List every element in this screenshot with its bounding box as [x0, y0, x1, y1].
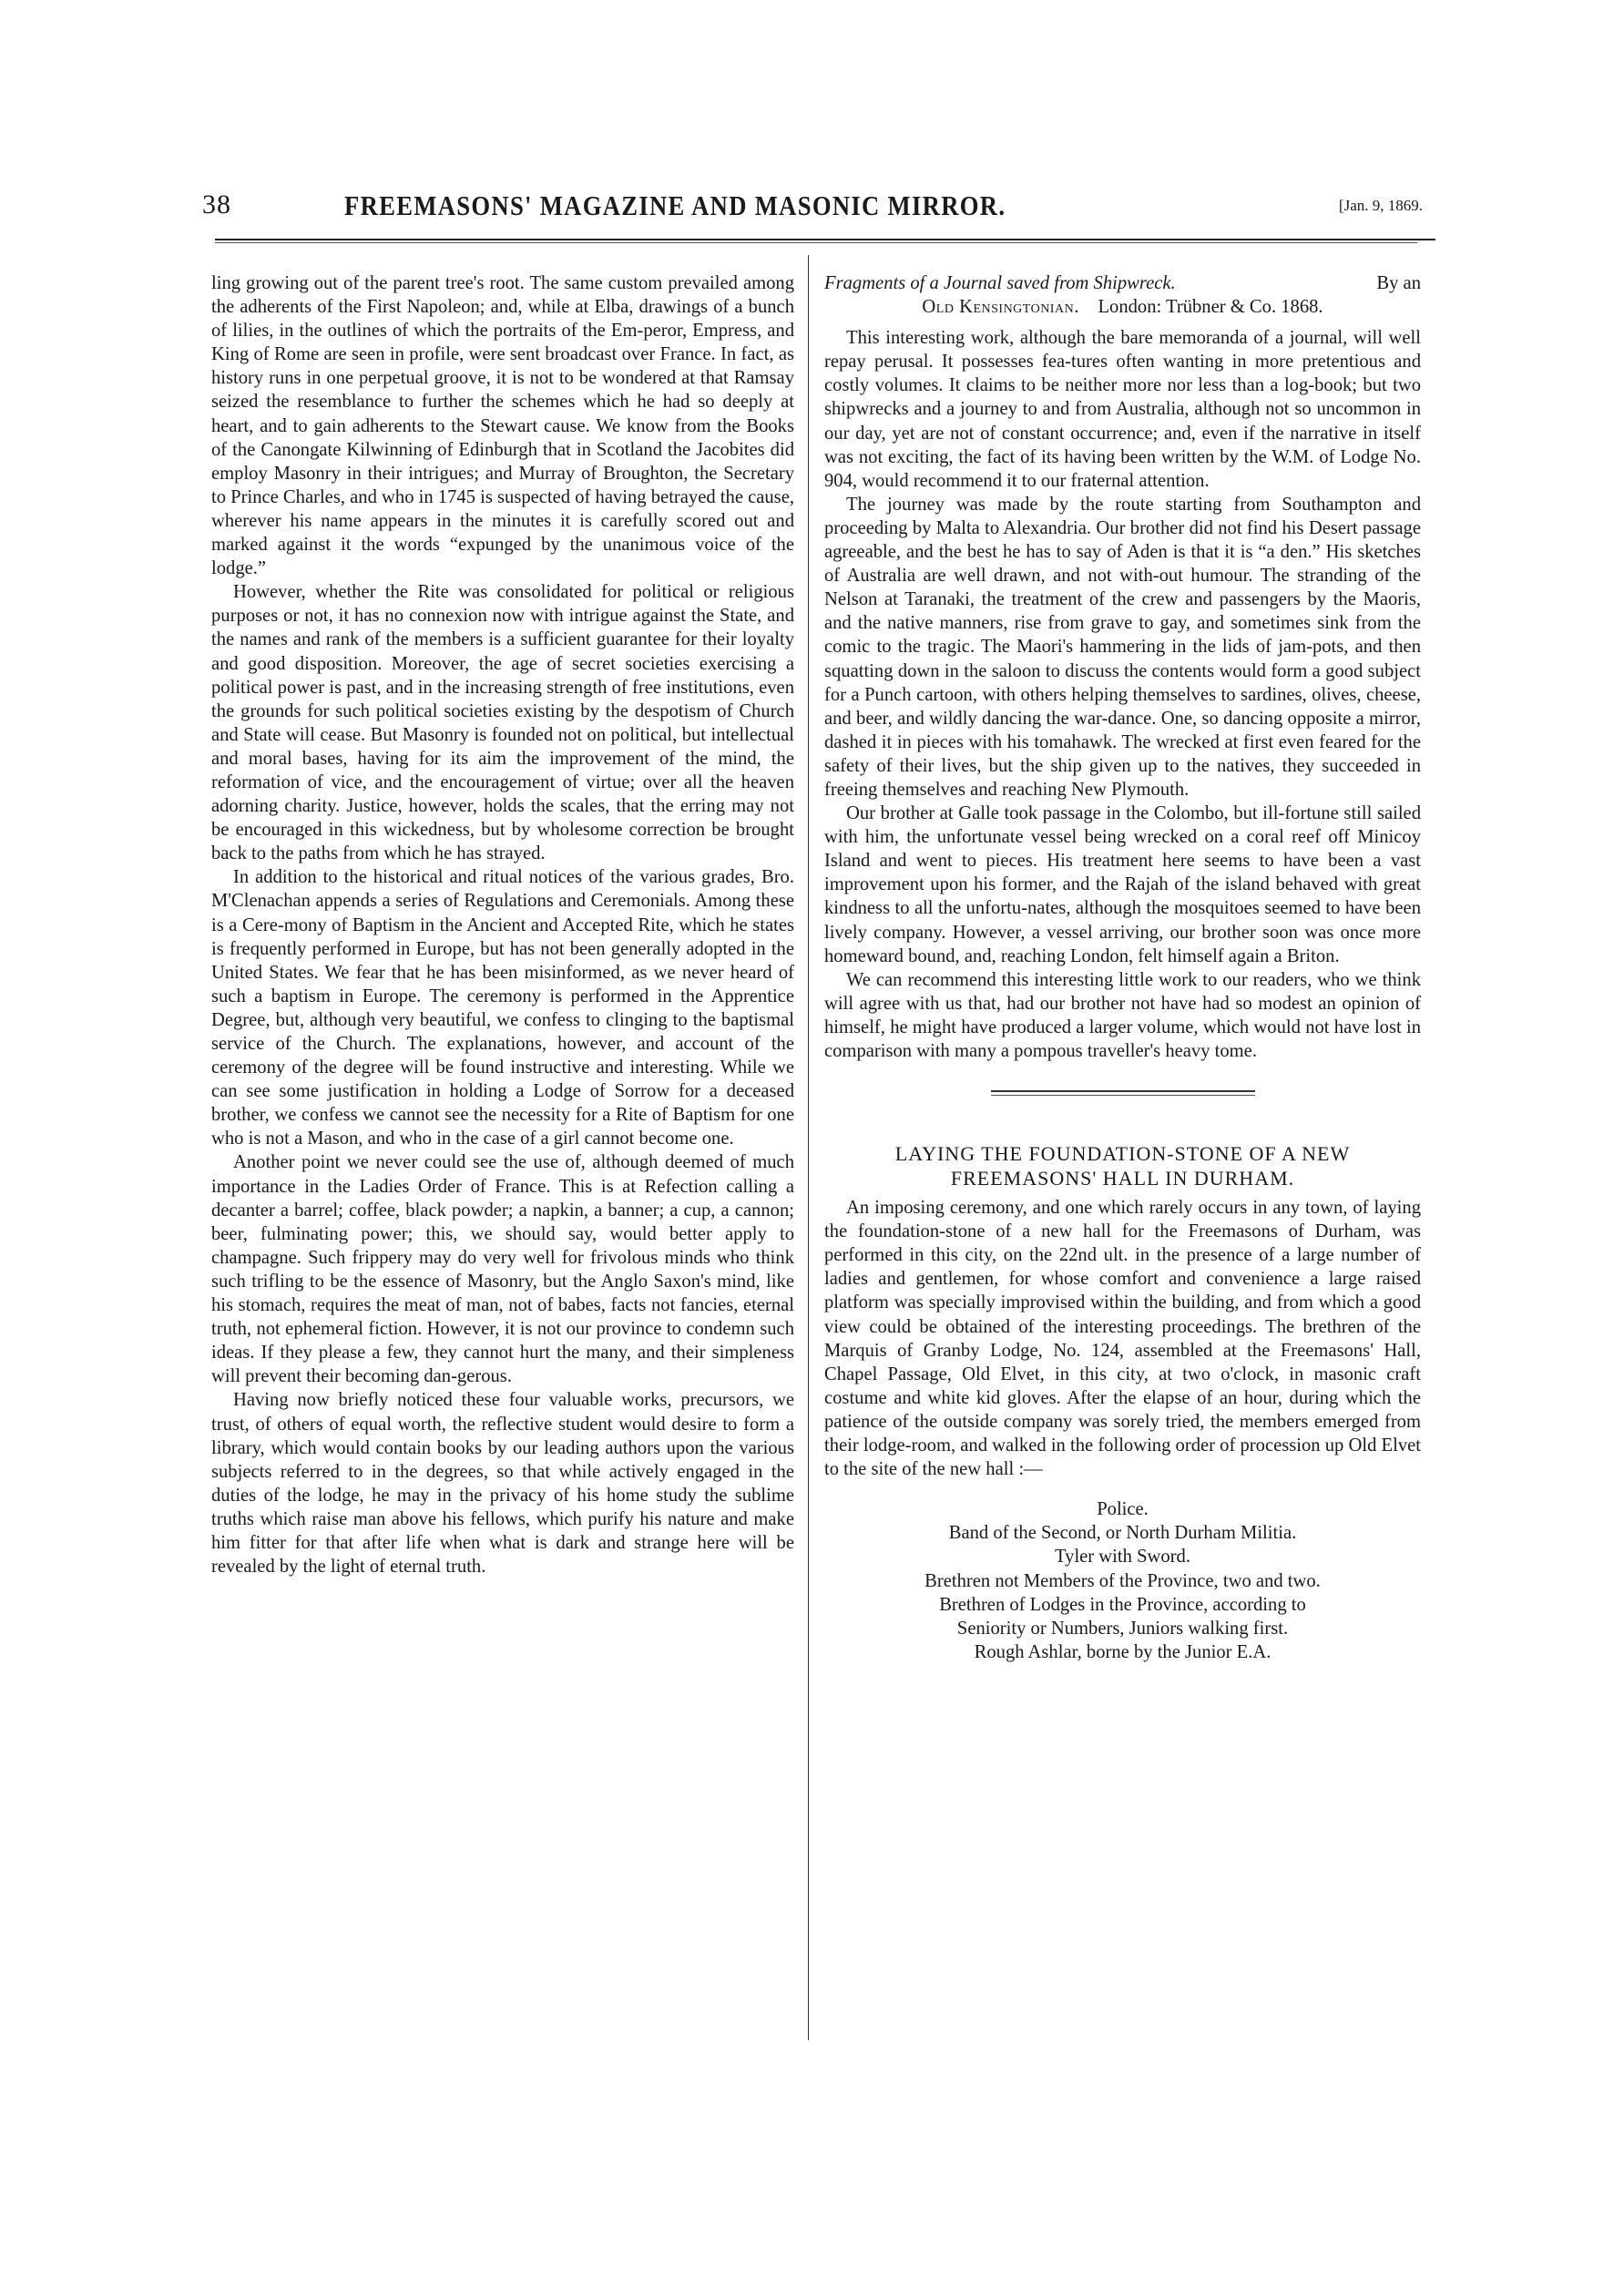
paragraph: This interesting work, although the bare…	[824, 326, 1421, 493]
column-divider	[808, 255, 809, 2040]
procession-list: Police. Band of the Second, or North Dur…	[824, 1497, 1421, 1664]
book-meta: Old Kensingtonian. London: Trübner & Co.…	[824, 295, 1421, 319]
procession-item: Tyler with Sword.	[824, 1545, 1421, 1568]
right-column: Fragments of a Journal saved from Shipwr…	[824, 271, 1421, 1664]
left-column: ling growing out of the parent tree's ro…	[211, 271, 794, 1578]
paragraph: In addition to the historical and ritual…	[211, 865, 794, 1150]
header-rule-thin	[215, 242, 1417, 243]
article-heading-line1: LAYING THE FOUNDATION-STONE OF A NEW	[824, 1141, 1421, 1166]
book-publisher: London: Trübner & Co. 1868.	[1098, 297, 1323, 317]
paragraph: ling growing out of the parent tree's ro…	[211, 271, 794, 580]
book-author: Old Kensingtonian.	[922, 297, 1078, 317]
paragraph: We can recommend this interesting little…	[824, 968, 1421, 1063]
paragraph: The journey was made by the route starti…	[824, 493, 1421, 802]
procession-item: Brethren of Lodges in the Province, acco…	[824, 1593, 1421, 1617]
article-heading-line2: FREEMASONS' HALL IN DURHAM.	[824, 1166, 1421, 1190]
procession-item: Seniority or Numbers, Juniors walking fi…	[824, 1617, 1421, 1640]
book-by: By an	[1376, 271, 1421, 295]
paragraph: However, whether the Rite was consolidat…	[211, 580, 794, 865]
section-separator	[991, 1090, 1255, 1096]
book-title: Fragments of a Journal saved from Shipwr…	[824, 273, 1176, 293]
paragraph: Having now briefly noticed these four va…	[211, 1388, 794, 1578]
procession-item: Brethren not Members of the Province, tw…	[824, 1569, 1421, 1593]
masthead: 38 FREEMASONS' MAGAZINE AND MASONIC MIRR…	[202, 189, 1423, 226]
paragraph: An imposing ceremony, and one which rare…	[824, 1196, 1421, 1481]
article-heading: LAYING THE FOUNDATION-STONE OF A NEW FRE…	[824, 1141, 1421, 1190]
procession-item: Band of the Second, or North Durham Mili…	[824, 1521, 1421, 1545]
paragraph: Our brother at Galle took passage in the…	[824, 802, 1421, 968]
procession-item: Police.	[824, 1497, 1421, 1521]
issue-date: [Jan. 9, 1869.	[1339, 197, 1423, 215]
page-number: 38	[202, 189, 231, 220]
book-title-line: Fragments of a Journal saved from Shipwr…	[824, 271, 1421, 295]
magazine-title: FREEMASONS' MAGAZINE AND MASONIC MIRROR.	[344, 189, 1006, 222]
header-rule	[215, 239, 1435, 240]
paragraph: Another point we never could see the use…	[211, 1150, 794, 1388]
procession-item: Rough Ashlar, borne by the Junior E.A.	[824, 1640, 1421, 1664]
